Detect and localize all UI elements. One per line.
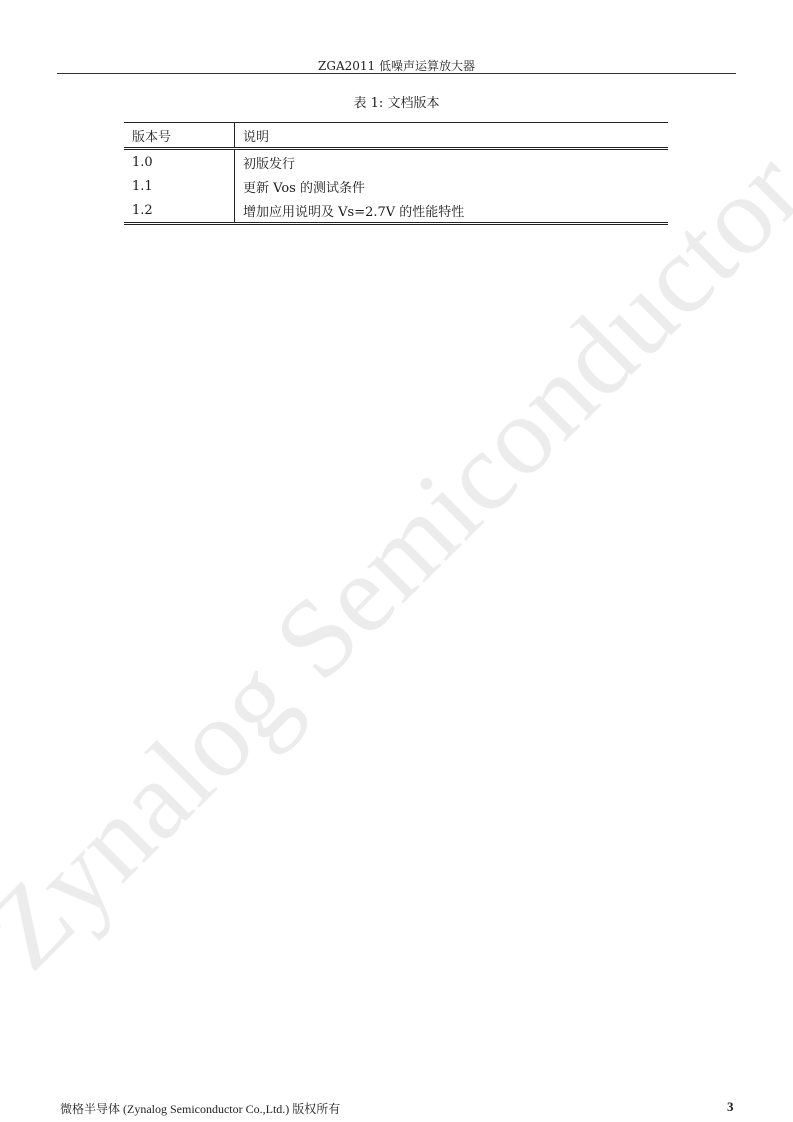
header-rule — [57, 73, 736, 74]
description-cell: 更新 Vos 的测试条件 — [235, 174, 365, 198]
table-row: 1.2 增加应用说明及 Vs=2.7V 的性能特性 — [124, 198, 668, 222]
footer-copyright: 微格半导体 (Zynalog Semiconductor Co.,Ltd.) 版… — [60, 1100, 340, 1117]
page-number: 3 — [727, 1099, 734, 1115]
table-caption: 表 1: 文档版本 — [0, 92, 793, 111]
description-cell: 增加应用说明及 Vs=2.7V 的性能特性 — [235, 198, 464, 222]
version-table: 版本号 说明 1.0 初版发行 1.1 更新 Vos 的测试条件 1.2 增加应… — [124, 122, 668, 225]
version-cell: 1.1 — [124, 174, 235, 198]
version-cell: 1.2 — [124, 198, 235, 222]
description-cell: 初版发行 — [235, 150, 295, 174]
table-row: 1.0 初版发行 — [124, 150, 668, 174]
column-header-description: 说明 — [235, 123, 269, 147]
version-cell: 1.0 — [124, 150, 235, 174]
table-row: 1.1 更新 Vos 的测试条件 — [124, 174, 668, 198]
running-header-title: ZGA2011 低噪声运算放大器 — [0, 57, 793, 74]
column-header-version: 版本号 — [124, 123, 235, 147]
table-bottom-double-rule — [124, 222, 668, 225]
table-header-row: 版本号 说明 — [124, 123, 668, 147]
watermark: Zynalog Semiconductor — [0, 125, 793, 994]
